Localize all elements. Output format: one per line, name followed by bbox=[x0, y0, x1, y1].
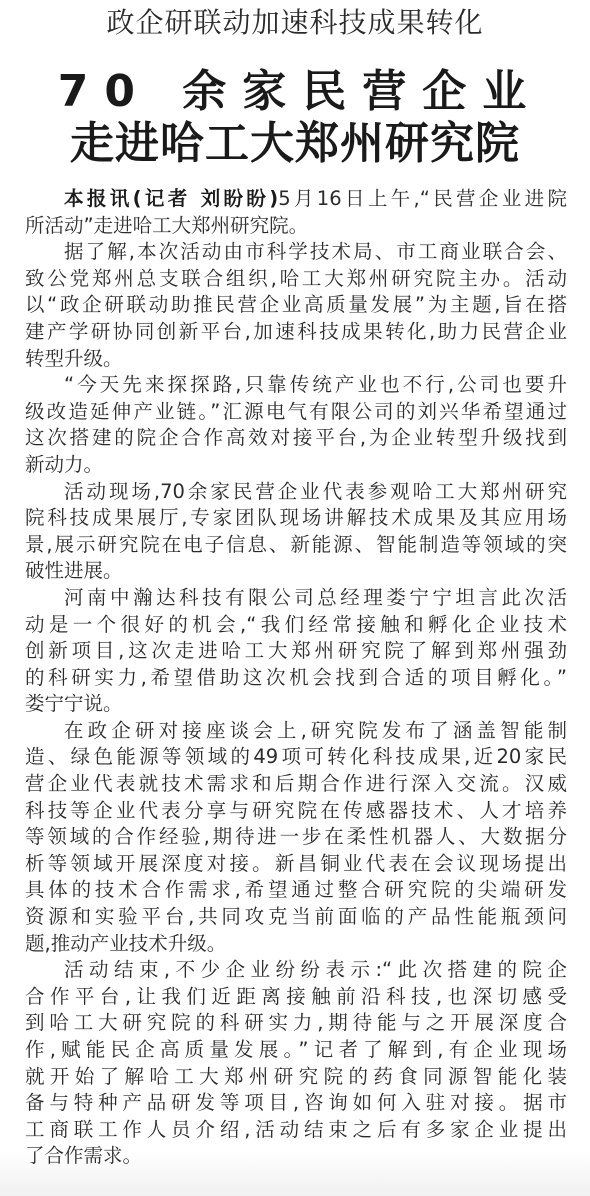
byline: 本报讯(记者 刘盼盼) bbox=[64, 187, 278, 210]
article-line: 作,赋能民企高质量发展。”记者了解到,有企业现场 bbox=[25, 1037, 567, 1064]
article-line: 就开始了解哈工大郑州研究院的药食同源智能化装 bbox=[25, 1064, 567, 1091]
article-line: 据了解,本次活动由市科学技术局、市工商业联合会、 bbox=[25, 239, 567, 266]
article-line: 具体的技术合作需求,希望通过整合研究院的尖端研发 bbox=[25, 877, 567, 904]
article-line: 景,展示研究院在电子信息、新能源、智能制造等领域的突 bbox=[25, 532, 567, 559]
article-line: 到哈工大研究院的科研实力,期待能与之开展深度合 bbox=[25, 1010, 567, 1037]
article-line: 动是一个很好的机会,“我们经常接触和孵化企业技术 bbox=[25, 612, 567, 639]
article-line: 活动结束,不少企业纷纷表示:“此次搭建的院企 bbox=[25, 957, 567, 984]
article-line: 的科研实力,希望借助这次机会找到合适的项目孵化。” bbox=[25, 665, 567, 692]
article-line: 在政企研对接座谈会上,研究院发布了涵盖智能制 bbox=[25, 718, 567, 745]
article-line: 娄宁宁说。 bbox=[25, 691, 567, 718]
article-kicker: 政企研联动加速科技成果转化 bbox=[0, 4, 590, 42]
article-line: 院科技成果展厅,专家团队现场讲解技术成果及其应用场 bbox=[25, 505, 567, 532]
article-line: 所活动”走进哈工大郑州研究院。 bbox=[25, 213, 567, 240]
article-line: 活动现场,70余家民营企业代表参观哈工大郑州研究 bbox=[25, 479, 567, 506]
article-line: 资源和实验平台,共同攻克当前面临的产品性能瓶颈问 bbox=[25, 904, 567, 931]
article-line: 析等领域开展深度对接。新昌铜业代表在会议现场提出 bbox=[25, 851, 567, 878]
article-line: 科技等企业代表分享与研究院在传感器技术、人才培养 bbox=[25, 798, 567, 825]
headline-line-1: 70 余家民营企业 bbox=[0, 66, 590, 118]
article-line: 等领域的合作经验,期待进一步在柔性机器人、大数据分 bbox=[25, 824, 567, 851]
headline-line-2: 走进哈工大郑州研究院 bbox=[0, 118, 590, 170]
line-text: 5月16日上午,“民营企业进院 bbox=[278, 187, 567, 210]
article-line: 以“政企研联动助推民营企业高质量发展”为主题,旨在搭 bbox=[25, 292, 567, 319]
article-line: 建产学研协同创新平台,加速科技成果转化,助力民营企业 bbox=[25, 319, 567, 346]
article-line: 本报讯(记者 刘盼盼)5月16日上午,“民营企业进院 bbox=[25, 186, 567, 213]
article-line: 创新项目,这次走进哈工大郑州研究院了解到郑州强劲 bbox=[25, 638, 567, 665]
article-line: 题,推动产业技术升级。 bbox=[25, 931, 567, 958]
article-line: 新动力。 bbox=[25, 452, 567, 479]
article-line: 造、绿色能源等领域的49项可转化科技成果,近20家民 bbox=[25, 744, 567, 771]
article-line: 工商联工作人员介绍,活动结束之后有多家企业提出 bbox=[25, 1117, 567, 1144]
article-line: 转型升级。 bbox=[25, 346, 567, 373]
article-line: 破性进展。 bbox=[25, 558, 567, 585]
article-line: 备与特种产品研发等项目,咨询如何入驻对接。据市 bbox=[25, 1090, 567, 1117]
article-line: 河南中瀚达科技有限公司总经理娄宁宁坦言此次活 bbox=[25, 585, 567, 612]
article-line: “今天先来探探路,只靠传统产业也不行,公司也要升 bbox=[25, 372, 567, 399]
article-line: 了合作需求。 bbox=[25, 1143, 567, 1170]
article-line: 致公党郑州总支联合组织,哈工大郑州研究院主办。活动 bbox=[25, 266, 567, 293]
article-line: 合作平台,让我们近距离接触前沿科技,也深切感受 bbox=[25, 984, 567, 1011]
article-line: 营企业代表就技术需求和后期合作进行深入交流。汉威 bbox=[25, 771, 567, 798]
article-line: 这次搭建的院企合作高效对接平台,为企业转型升级找到 bbox=[25, 425, 567, 452]
article-line: 级改造延伸产业链。”汇源电气有限公司的刘兴华希望通过 bbox=[25, 399, 567, 426]
article-body: 本报讯(记者 刘盼盼)5月16日上午,“民营企业进院所活动”走进哈工大郑州研究院… bbox=[25, 186, 567, 1170]
